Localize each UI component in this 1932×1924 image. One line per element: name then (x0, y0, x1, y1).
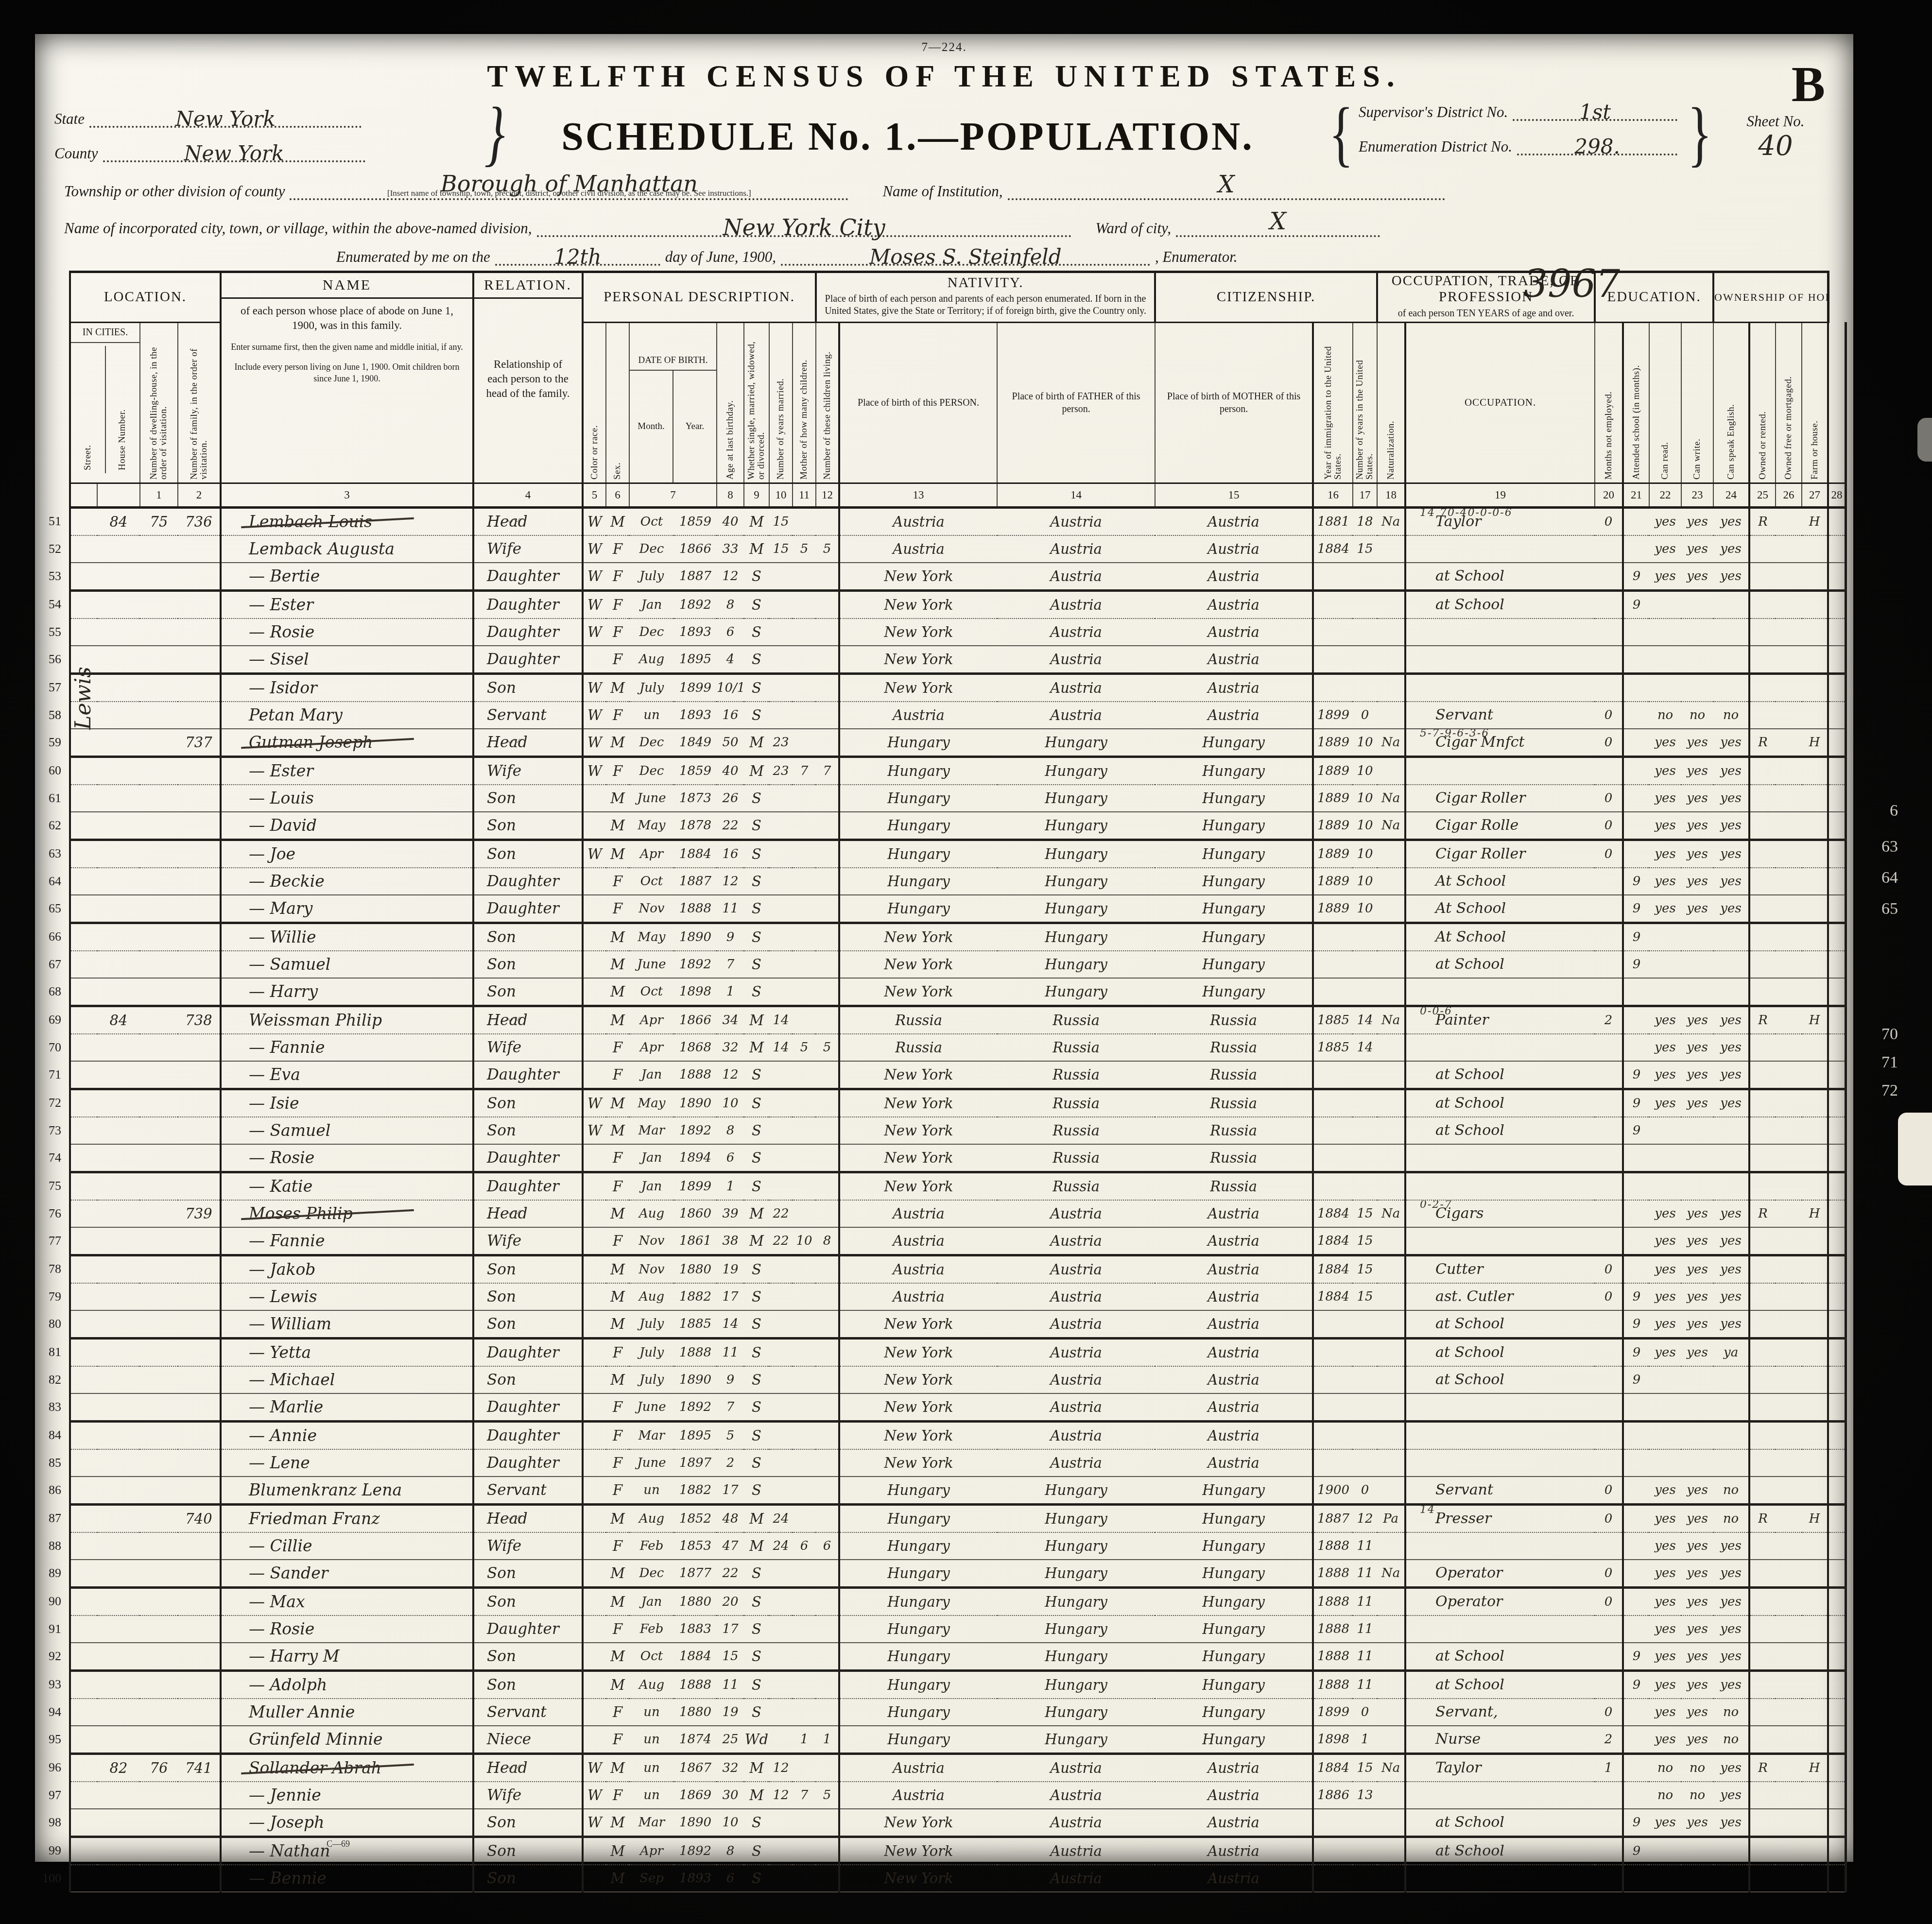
cell: Daughter (473, 590, 583, 618)
cell (1405, 1865, 1595, 1892)
cell: M (744, 1753, 769, 1782)
cell: 1889 (1313, 812, 1353, 840)
cell: Grünfeld Minnie (221, 1726, 473, 1754)
cell: Hungary (997, 1726, 1155, 1754)
cell (1595, 1449, 1623, 1477)
cell (1802, 702, 1828, 729)
cell: 1895 (674, 646, 717, 674)
column-number: 2 (178, 483, 221, 507)
row-number: 86 (40, 1477, 70, 1505)
cell: 6 (717, 1144, 744, 1172)
cell: S (744, 1144, 769, 1172)
cell: M (606, 1670, 629, 1699)
cell (1776, 1782, 1802, 1809)
cell: 1889 (1313, 868, 1353, 895)
cell: Russia (1155, 1172, 1313, 1200)
cell: Austria (1155, 1753, 1313, 1782)
cell (1377, 673, 1405, 702)
cell (1776, 1643, 1802, 1671)
cell: New York (839, 1809, 997, 1837)
cell: Apr (629, 1034, 674, 1061)
cell: New York (839, 1837, 997, 1865)
cell: yes (1713, 785, 1749, 812)
cell: Hungary (839, 1477, 997, 1505)
cell: M (606, 1200, 629, 1227)
cell (1595, 951, 1623, 978)
cell (70, 590, 97, 618)
table-row: 71— EvaDaughterFJan188812SNew YorkRussia… (40, 1061, 1846, 1089)
cell: yes (1681, 1089, 1713, 1117)
cell: yes (1713, 895, 1749, 923)
cell: New York (839, 1172, 997, 1200)
cell (140, 756, 178, 785)
row-number: 81 (40, 1338, 70, 1366)
column-number: 14 (997, 483, 1155, 507)
cell: M (744, 756, 769, 785)
cell (140, 895, 178, 923)
cell (1776, 1837, 1802, 1865)
cell: 1849 (674, 729, 717, 757)
row-number: 60 (40, 756, 70, 785)
cell: 1 (1353, 1726, 1377, 1754)
cell (97, 1227, 140, 1255)
cell: Wd (744, 1726, 769, 1754)
cell: Russia (1155, 1061, 1313, 1089)
table-row: 81— YettaDaughterFJuly188811SNew YorkAus… (40, 1338, 1846, 1366)
cell (1595, 1144, 1623, 1172)
cell: Austria (1155, 1255, 1313, 1283)
cell: at School (1405, 1310, 1595, 1339)
cell (1377, 1338, 1405, 1366)
cell (1749, 1643, 1776, 1671)
cell: yes (1681, 507, 1713, 535)
cell (140, 1504, 178, 1532)
cell (70, 1587, 97, 1615)
cell (1828, 1393, 1846, 1422)
cell (1595, 1172, 1623, 1200)
cell: 76 (140, 1753, 178, 1782)
cell (178, 1310, 221, 1339)
cell (816, 618, 839, 646)
cell: 741 (178, 1753, 221, 1782)
cell: Hungary (997, 756, 1155, 785)
table-row: 89— SanderSonMDec187722SHungaryHungaryHu… (40, 1560, 1846, 1588)
cell: at School (1405, 1670, 1595, 1699)
cell (1828, 1532, 1846, 1560)
cell (1681, 1421, 1713, 1449)
cell: Hungary (1155, 1587, 1313, 1615)
cell (793, 1809, 816, 1837)
cell (140, 1227, 178, 1255)
cell (583, 1283, 606, 1310)
col-color: Color or race. (589, 331, 601, 482)
cell (793, 507, 816, 535)
cell (1776, 840, 1802, 868)
cell (140, 1366, 178, 1393)
cell (1313, 1310, 1353, 1339)
cell (1828, 785, 1846, 812)
cell (140, 1615, 178, 1643)
cell (1405, 1449, 1595, 1477)
cell: S (744, 1366, 769, 1393)
cell (1713, 1144, 1749, 1172)
cell: 9 (1623, 1837, 1649, 1865)
cell (1802, 868, 1828, 895)
cell: Austria (1155, 646, 1313, 674)
cell (1776, 1144, 1802, 1172)
cell: 1885 (1313, 1034, 1353, 1061)
cell: yes (1681, 1532, 1713, 1560)
cell (1313, 673, 1353, 702)
cell (1623, 1006, 1649, 1034)
cell (769, 868, 793, 895)
cell (140, 1034, 178, 1061)
cell: 26 (717, 785, 744, 812)
cell: Hungary (1155, 1615, 1313, 1643)
cell (1776, 1449, 1802, 1477)
cell: yes (1649, 1200, 1681, 1227)
cell (1623, 1393, 1649, 1422)
edge-row-number: 72 (1881, 1082, 1898, 1100)
cell (178, 702, 221, 729)
cell: 2 (1595, 1726, 1623, 1754)
cell (1681, 923, 1713, 951)
cell (793, 895, 816, 923)
cell (1749, 978, 1776, 1006)
col-month: Month. (630, 371, 673, 482)
group-ownership: OWNERSHIP OF HOME (1713, 272, 1828, 323)
cell (140, 729, 178, 757)
cell: 4 (717, 646, 744, 674)
cell (769, 1643, 793, 1671)
table-row: 53— BertieDaughterWFJuly188712SNew YorkA… (40, 563, 1846, 591)
cell (1776, 895, 1802, 923)
cell: yes (1649, 1670, 1681, 1699)
cell (1377, 1726, 1405, 1754)
cell: W (583, 618, 606, 646)
cell: 1889 (1313, 785, 1353, 812)
table-row: 66— WillieSonMMay18909SNew YorkHungaryHu… (40, 923, 1846, 951)
cell: Son (473, 812, 583, 840)
cell (793, 1366, 816, 1393)
cell (97, 1837, 140, 1865)
cell (70, 923, 97, 951)
cell: yes (1681, 812, 1713, 840)
column-number: 20 (1595, 483, 1623, 507)
cell: S (744, 1393, 769, 1422)
cell: no (1681, 1782, 1713, 1809)
cell: yes (1649, 1532, 1681, 1560)
cell (178, 1726, 221, 1754)
cell (793, 1753, 816, 1782)
table-row: 87740Friedman FranzHead〰MAug185248M24Hun… (40, 1504, 1846, 1532)
cell (140, 1449, 178, 1477)
cell: Austria (1155, 1782, 1313, 1809)
cell: yes (1713, 1034, 1749, 1061)
cell: no (1713, 1477, 1749, 1505)
table-row: 94Muller AnnieServantFun188019SHungaryHu… (40, 1699, 1846, 1726)
cell (816, 895, 839, 923)
cell: F (606, 1699, 629, 1726)
cell: M (606, 1809, 629, 1837)
cell: 1 (816, 1726, 839, 1754)
cell (816, 785, 839, 812)
cell: 11 (1353, 1532, 1377, 1560)
cell (583, 1144, 606, 1172)
table-row: 88— CillieWifeFFeb185347M2466HungaryHung… (40, 1532, 1846, 1560)
cell (70, 1227, 97, 1255)
cell (793, 812, 816, 840)
cell: F (606, 1061, 629, 1089)
cell (1802, 1172, 1828, 1200)
row-number: 66 (40, 923, 70, 951)
cell (178, 590, 221, 618)
cell (816, 673, 839, 702)
cell (1681, 1172, 1713, 1200)
cell: Oct (629, 868, 674, 895)
cell (793, 1061, 816, 1089)
cell (1405, 1227, 1595, 1255)
cell: May (629, 923, 674, 951)
cell (1749, 618, 1776, 646)
name-group-note2: Include every person living on June 1, 1… (229, 361, 465, 384)
cell (1595, 1809, 1623, 1837)
cell: W (583, 507, 606, 535)
cell: yes (1681, 785, 1713, 812)
cell: yes (1681, 1560, 1713, 1588)
cell (140, 923, 178, 951)
cell: Hungary (997, 951, 1155, 978)
cell (70, 951, 97, 978)
table-row: 54— EsterDaughterWFJan18928SNew YorkAust… (40, 590, 1846, 618)
cell (583, 1449, 606, 1477)
table-row: 56— SiselDaughterFAug18954SNew YorkAustr… (40, 646, 1846, 674)
row-number: 99 (40, 1837, 70, 1865)
cell: S (744, 1699, 769, 1726)
cell: S (744, 1310, 769, 1339)
cell (816, 812, 839, 840)
cell: yes (1649, 1587, 1681, 1615)
occupation-annotation: 14 70-40-0-0-6 (1420, 507, 1513, 519)
cell (1776, 729, 1802, 757)
cell (70, 756, 97, 785)
cell (1377, 1587, 1405, 1615)
cell: Feb (629, 1532, 674, 1560)
cell: — Joe (221, 840, 473, 868)
cell (816, 507, 839, 535)
cell (793, 785, 816, 812)
cell: July (629, 1338, 674, 1366)
enumerated-mid: day of June, 1900, (665, 248, 776, 266)
cell (70, 1338, 97, 1366)
cell: 1888 (1313, 1643, 1353, 1671)
cell (793, 1560, 816, 1588)
cell (1405, 535, 1595, 563)
cell (793, 1449, 816, 1477)
cell (1713, 923, 1749, 951)
cell (1749, 1670, 1776, 1699)
cell (70, 785, 97, 812)
cell: 9 (1623, 1366, 1649, 1393)
cell (1353, 673, 1377, 702)
cell: yes (1713, 1615, 1749, 1643)
cell: yes (1681, 1006, 1713, 1034)
col-pob-mother: Place of birth of MOTHER of this person. (1155, 322, 1313, 483)
cell (816, 1089, 839, 1117)
institution-value: X (1218, 171, 1234, 198)
table-row: 73— SamuelSonWMMar18928SNew YorkRussiaRu… (40, 1117, 1846, 1144)
cell (1623, 1782, 1649, 1809)
cell (1353, 1061, 1377, 1089)
cell: New York (839, 1117, 997, 1144)
cell: Austria (997, 1200, 1155, 1227)
cell (140, 1865, 178, 1892)
cell: H (1802, 729, 1828, 757)
col-pob: Place of birth of this PERSON. (839, 322, 997, 483)
cell: yes (1681, 1255, 1713, 1283)
cell: S (744, 840, 769, 868)
cell: Austria (839, 1227, 997, 1255)
cell (793, 1421, 816, 1449)
cell: yes (1713, 812, 1749, 840)
cell: 1888 (1313, 1615, 1353, 1643)
cell: yes (1713, 1310, 1749, 1339)
cell: yes (1649, 563, 1681, 591)
cell (178, 1172, 221, 1200)
sheet-header: 7—224. TWELFTH CENSUS OF THE UNITED STAT… (35, 34, 1853, 266)
cell: 1899 (1313, 1699, 1353, 1726)
row-number: 78 (40, 1255, 70, 1283)
cell: 1 (1595, 1753, 1623, 1782)
row-number: 82 (40, 1366, 70, 1393)
cell (1377, 1865, 1405, 1892)
cell: 20 (717, 1587, 744, 1615)
row-number: 97 (40, 1782, 70, 1809)
cell: no (1713, 1504, 1749, 1532)
cell (178, 895, 221, 923)
cell: yes (1681, 1477, 1713, 1505)
cell: Austria (997, 673, 1155, 702)
cell (1776, 923, 1802, 951)
cell: F (606, 1477, 629, 1505)
cell: S (744, 590, 769, 618)
cell: 9 (1623, 563, 1649, 591)
cell: 1874 (674, 1726, 717, 1754)
cell (97, 702, 140, 729)
column-number: 13 (839, 483, 997, 507)
cell: Austria (1155, 1865, 1313, 1892)
cell (1776, 1283, 1802, 1310)
cell: 22 (769, 1227, 793, 1255)
cell: 1888 (1313, 1532, 1353, 1560)
cell: yes (1649, 1809, 1681, 1837)
cell (1353, 951, 1377, 978)
cell (1377, 1782, 1405, 1809)
cell (1595, 1421, 1623, 1449)
row-number: 67 (40, 951, 70, 978)
cell: S (744, 646, 769, 674)
cell: Hungary (839, 1532, 997, 1560)
cell (97, 1144, 140, 1172)
cell (1749, 673, 1776, 702)
cell: yes (1713, 840, 1749, 868)
cell: F (606, 1144, 629, 1172)
cell (793, 1670, 816, 1699)
cell (816, 1006, 839, 1034)
cell: 1892 (674, 590, 717, 618)
cell: Oct (629, 978, 674, 1006)
cell (1681, 1865, 1713, 1892)
cell: 1892 (674, 1393, 717, 1422)
cell: Austria (1155, 1837, 1313, 1865)
cell: June (629, 1449, 674, 1477)
cell: F (606, 702, 629, 729)
cell: Hungary (839, 756, 997, 785)
row-number: 59 (40, 729, 70, 757)
cell: Son (473, 1587, 583, 1615)
cell: Cigar Roller (1405, 840, 1595, 868)
cell: 1866 (674, 1006, 717, 1034)
cell: Aug (629, 646, 674, 674)
cell (1377, 590, 1405, 618)
cell (1828, 1809, 1846, 1837)
cell: 18 (1353, 507, 1377, 535)
cell: Hungary (997, 1643, 1155, 1671)
cell: H (1802, 507, 1828, 535)
cell: Austria (997, 1782, 1155, 1809)
cell (816, 1200, 839, 1227)
cell: Austria (997, 646, 1155, 674)
group-personal: PERSONAL DESCRIPTION. (583, 272, 816, 323)
cell (1595, 1227, 1623, 1255)
cell (1353, 563, 1377, 591)
cell: yes (1681, 1643, 1713, 1671)
cell (178, 1643, 221, 1671)
cell: Servant (473, 1477, 583, 1505)
cell (1623, 978, 1649, 1006)
cell (178, 535, 221, 563)
cell: 38 (717, 1227, 744, 1255)
column-number: 10 (769, 483, 793, 507)
table-row: 58Petan MaryServantWFun189316SAustriaAus… (40, 702, 1846, 729)
cell (97, 590, 140, 618)
cell (1828, 507, 1846, 535)
cell: Hungary (839, 1643, 997, 1671)
cell: H (1802, 1753, 1828, 1782)
cell: 1867 (674, 1753, 717, 1782)
cell (1377, 1227, 1405, 1255)
cell (1776, 1670, 1802, 1699)
cell (1802, 646, 1828, 674)
cell: at School (1405, 1643, 1595, 1671)
cell (70, 1449, 97, 1477)
census-sheet: 7—224. TWELFTH CENSUS OF THE UNITED STAT… (35, 34, 1853, 1862)
cell: — Annie (221, 1421, 473, 1449)
cell: S (744, 1615, 769, 1643)
cell (1776, 1200, 1802, 1227)
cell (1749, 1449, 1776, 1477)
cell: 9 (1623, 1117, 1649, 1144)
cell: — Rosie (221, 1615, 473, 1643)
cell: 5 (793, 1034, 816, 1061)
column-number: 26 (1776, 483, 1802, 507)
cell (1353, 923, 1377, 951)
cell (816, 1144, 839, 1172)
table-row: 79— LewisSonMAug188217SAustriaAustriaAus… (40, 1283, 1846, 1310)
cell (140, 1117, 178, 1144)
cell (583, 1587, 606, 1615)
cell: Wife (473, 756, 583, 785)
